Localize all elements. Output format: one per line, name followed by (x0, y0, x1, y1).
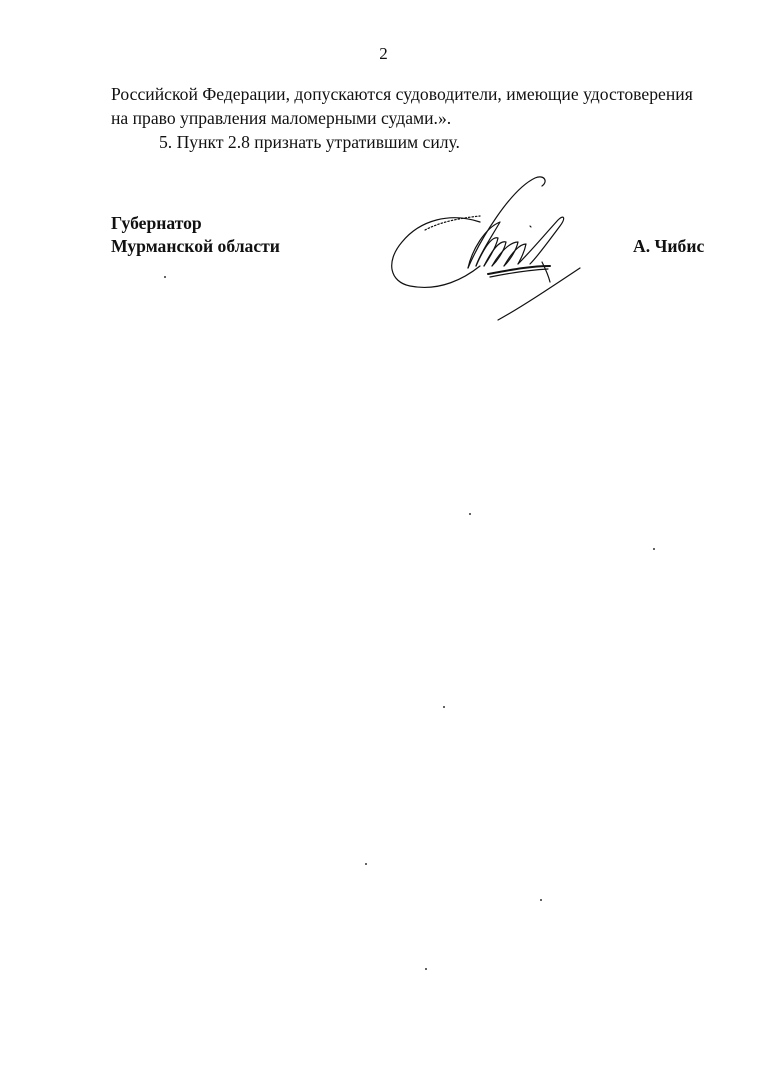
scan-speck (164, 276, 166, 278)
signer-name: А. Чибис (633, 235, 704, 258)
scan-speck (469, 513, 471, 515)
scan-speck (425, 968, 427, 970)
body-text-line: 5. Пункт 2.8 признать утратившим силу. (159, 130, 460, 154)
scan-speck (653, 548, 655, 550)
scan-speck (443, 706, 445, 708)
scan-speck (365, 863, 367, 865)
page-number: 2 (0, 44, 767, 64)
body-text-line: Российской Федерации, допускаются судово… (111, 82, 693, 106)
scan-speck (540, 899, 542, 901)
handwritten-signature-icon (380, 170, 610, 330)
body-text-line: на право управления маломерными судами.»… (111, 106, 451, 130)
signer-title-line-2: Мурманской области (111, 235, 280, 258)
signer-title-line-1: Губернатор (111, 212, 202, 235)
